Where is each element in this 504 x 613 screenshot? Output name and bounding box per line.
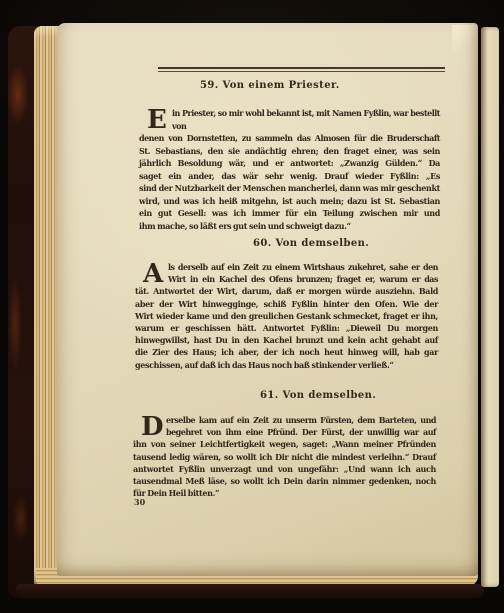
text-line: antwortet Fyßlin unverzagt und von ungef… [133,463,436,475]
section-60-paragraph: A ls derselb auf ein Zeit zu einem Wirts… [135,261,438,371]
section-59-heading: 59. Von einem Priester. [200,80,340,91]
text-line: saget ein ander, das wär sehr wenig. Dra… [139,170,440,183]
text-line: ein gut Gesell: was ich immer für ein Te… [139,207,440,220]
section-61-heading: 61. Von demselben. [260,390,376,401]
drop-cap-initial: A [143,262,164,285]
drop-cap-initial: E [147,108,168,131]
text-line: aber der Wirt hinwegginge, schiß Fyßlin … [135,298,438,310]
text-line: ls derselb auf ein Zeit zu einem Wirtsha… [135,261,438,273]
text-line: sind der Nutzbarkeit der Menschen manche… [139,182,440,195]
text-line: die Zier des Haus; ich aber, der ich noc… [135,346,438,358]
text-line: tät. Antwortet der Wirt, darum, daß er m… [135,285,438,297]
text-line: in Priester, so mir wohl bekannt ist, mi… [139,107,440,132]
text-line: geschissen, auf daß ich das Haus noch ba… [135,359,438,371]
facing-page-edge [481,27,499,587]
text-line: Wirt wieder kame und den greulichen Gest… [135,310,438,322]
section-60-heading: 60. Von demselben. [253,238,369,249]
text-line: jährlich Besoldung wär, und er antwortet… [139,157,440,170]
text-line: tausendmal Meß läse, so wollt ich Dein d… [133,475,436,487]
text-line: denen von Dornstetten, zu sammeln das Al… [139,132,440,145]
text-line: tausend ledig wären, so wollt ich Dir ni… [133,451,436,463]
book-photo: 59. Von einem Priester. E in Priester, s… [0,0,504,613]
text-line: begehret von ihm eine Pfründ. Der Fürst,… [133,426,436,438]
text-line: erselbe kam auf ein Zeit zu unserm Fürst… [133,414,436,426]
text-line: wird, und was ich heiß mitgehn, ist auch… [139,195,440,208]
text-line: hinwegwillst, hast Du in den Kachel brun… [135,334,438,346]
section-60-text: ls derselb auf ein Zeit zu einem Wirtsha… [135,261,438,371]
page-corner-curl [452,25,478,51]
text-line: für Dein Heil bitten.“ [133,487,436,499]
text-line: ihn von seiner Leichtfertigkeit wegen, s… [133,438,436,450]
section-61-text: erselbe kam auf ein Zeit zu unserm Fürst… [133,414,436,499]
drop-cap-initial: D [141,415,162,438]
text-line: ihm mache, so läßt ers gut sein und schw… [139,220,440,233]
section-61-paragraph: D erselbe kam auf ein Zeit zu unserm Für… [133,414,436,499]
book-page: 59. Von einem Priester. E in Priester, s… [57,23,478,576]
book-cover-bottom [16,584,484,599]
page-number: 30 [134,497,145,507]
header-rule [158,67,445,72]
text-line: warum er geschissen hätt. Antwortet Fyßl… [135,322,438,334]
section-59-text: in Priester, so mir wohl bekannt ist, mi… [139,107,440,232]
section-59-paragraph: E in Priester, so mir wohl bekannt ist, … [139,107,440,232]
text-line: Wirt in ein Kachel des Ofens brunzen; fr… [135,273,438,285]
text-line: St. Sebastians, den sie andächtig ehren;… [139,145,440,158]
